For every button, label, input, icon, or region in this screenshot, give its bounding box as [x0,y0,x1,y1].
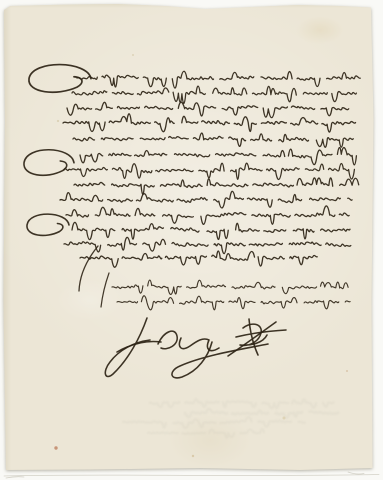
manuscript-page [0,0,383,480]
manuscript-page-wrap [0,0,383,480]
scan-background [0,0,383,480]
